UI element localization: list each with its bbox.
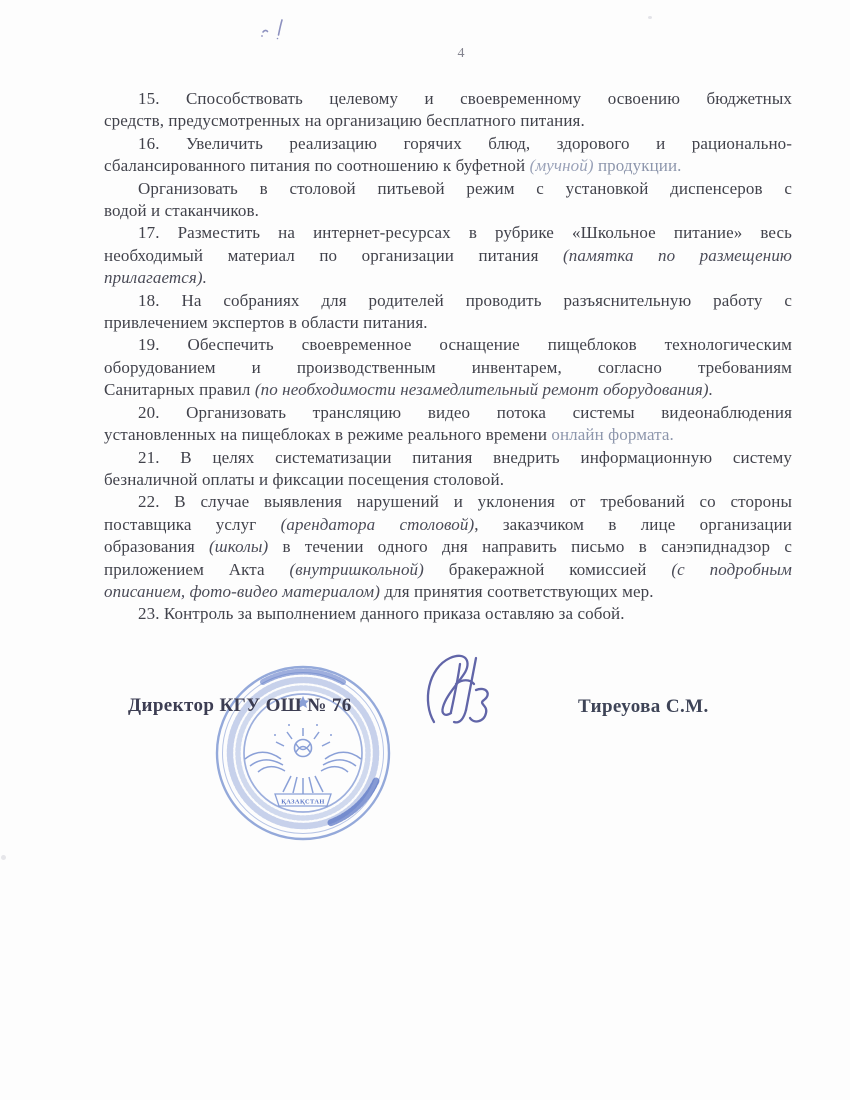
text-segment: водой и стаканчиков. bbox=[104, 201, 259, 220]
text-line: образования (школы) в течении одного дня… bbox=[104, 536, 792, 558]
text-line: Санитарных правил (по необходимости неза… bbox=[104, 379, 792, 401]
right-wing-icon bbox=[321, 752, 361, 772]
text-line: описанием, фото-видео материалом) для пр… bbox=[104, 581, 792, 603]
text-segment: 23. Контроль за выполнением данного прик… bbox=[138, 604, 625, 623]
text-segment: (внутришкольной) bbox=[290, 560, 424, 579]
text-line: водой и стаканчиков. bbox=[104, 200, 792, 222]
official-seal-stamp: ҚАЗАҚСТАН bbox=[213, 663, 393, 843]
text-line: средств, предусмотренных на организацию … bbox=[104, 110, 792, 132]
signatory-name: Тиреуова С.М. bbox=[578, 696, 709, 718]
document-body: 15. Способствовать целевому и своевремен… bbox=[104, 88, 792, 626]
text-line: 23. Контроль за выполнением данного прик… bbox=[104, 603, 792, 625]
text-segment: (арендатора столовой) bbox=[281, 515, 475, 534]
left-wing-icon bbox=[245, 752, 285, 772]
text-line: 20. Организовать трансляцию видео потока… bbox=[104, 402, 792, 424]
text-line: оборудованием и производственным инвента… bbox=[104, 357, 792, 379]
text-segment: средств, предусмотренных на организацию … bbox=[104, 111, 585, 130]
text-segment: (памятка по размещению bbox=[563, 246, 792, 265]
text-segment: сбалансированного питания по соотношению… bbox=[104, 156, 530, 175]
scan-speck bbox=[648, 16, 652, 19]
text-line: привлечением экспертов в области питания… bbox=[104, 312, 792, 334]
text-line: 21. В целях систематизации питания внедр… bbox=[104, 447, 792, 469]
text-line: Организовать в столовой питьевой режим с… bbox=[104, 178, 792, 200]
ink-mark bbox=[255, 14, 300, 46]
text-segment: 22. В случае выявления нарушений и уклон… bbox=[138, 492, 792, 511]
text-line: необходимый материал по организации пита… bbox=[104, 245, 792, 267]
text-line: 15. Способствовать целевому и своевремен… bbox=[104, 88, 792, 110]
text-segment: 19. Обеспечить своевременное оснащение п… bbox=[138, 335, 792, 354]
text-segment: описанием, фото-видео материалом) bbox=[104, 582, 380, 601]
text-line: 22. В случае выявления нарушений и уклон… bbox=[104, 491, 792, 513]
text-segment: образования bbox=[104, 537, 209, 556]
text-segment: (с подробным bbox=[671, 560, 792, 579]
text-segment: бракеражной комиссией bbox=[424, 560, 671, 579]
text-line: 18. На собраниях для родителей проводить… bbox=[104, 290, 792, 312]
text-segment: онлайн формата. bbox=[551, 425, 674, 444]
text-segment: прилагается). bbox=[104, 268, 207, 287]
text-segment: продукции. bbox=[594, 156, 682, 175]
text-segment: для принятия соответствующих мер. bbox=[380, 582, 654, 601]
text-segment: , заказчиком в лице организации bbox=[474, 515, 792, 534]
text-line: 16. Увеличить реализацию горячих блюд, з… bbox=[104, 133, 792, 155]
text-segment: установленных на пищеблоках в режиме реа… bbox=[104, 425, 551, 444]
text-segment: (мучной) bbox=[530, 156, 594, 175]
text-segment: 16. Увеличить реализацию горячих блюд, з… bbox=[138, 134, 792, 153]
text-segment: поставщика услуг bbox=[104, 515, 281, 534]
text-line: установленных на пищеблоках в режиме реа… bbox=[104, 424, 792, 446]
text-line: 19. Обеспечить своевременное оснащение п… bbox=[104, 334, 792, 356]
text-line: безналичной оплаты и фиксации посещения … bbox=[104, 469, 792, 491]
text-segment: приложением Акта bbox=[104, 560, 290, 579]
text-segment: безналичной оплаты и фиксации посещения … bbox=[104, 470, 504, 489]
text-line: сбалансированного питания по соотношению… bbox=[104, 155, 792, 177]
text-segment: Санитарных правил bbox=[104, 380, 255, 399]
text-segment: 18. На собраниях для родителей проводить… bbox=[138, 291, 792, 310]
signatory-title: Директор КГУ ОШ № 76 bbox=[128, 695, 352, 717]
text-line: прилагается). bbox=[104, 267, 792, 289]
shanyrak-icon bbox=[295, 740, 312, 757]
text-segment: 21. В целях систематизации питания внедр… bbox=[138, 448, 792, 467]
text-segment: 15. Способствовать целевому и своевремен… bbox=[138, 89, 792, 108]
document-page: 4 15. Способствовать целевому и своеврем… bbox=[0, 0, 850, 1100]
text-segment: 20. Организовать трансляцию видео потока… bbox=[138, 403, 792, 422]
scan-speck bbox=[1, 855, 6, 860]
text-segment: (по необходимости незамедлительный ремон… bbox=[255, 380, 713, 399]
text-segment: необходимый материал по организации пита… bbox=[104, 246, 563, 265]
text-segment: оборудованием и производственным инвента… bbox=[104, 358, 792, 377]
page-number: 4 bbox=[451, 46, 471, 62]
text-line: приложением Акта (внутришкольной) бракер… bbox=[104, 559, 792, 581]
signature bbox=[420, 650, 498, 742]
text-line: 17. Разместить на интернет-ресурсах в ру… bbox=[104, 222, 792, 244]
text-line: поставщика услуг (арендатора столовой), … bbox=[104, 514, 792, 536]
emblem-ribbon-text: ҚАЗАҚСТАН bbox=[281, 799, 324, 806]
text-segment: Организовать в столовой питьевой режим с… bbox=[138, 179, 792, 198]
text-segment: в течении одного дня направить письмо в … bbox=[268, 537, 792, 556]
text-segment: 17. Разместить на интернет-ресурсах в ру… bbox=[138, 223, 792, 242]
text-segment: (школы) bbox=[209, 537, 268, 556]
text-segment: привлечением экспертов в области питания… bbox=[104, 313, 428, 332]
